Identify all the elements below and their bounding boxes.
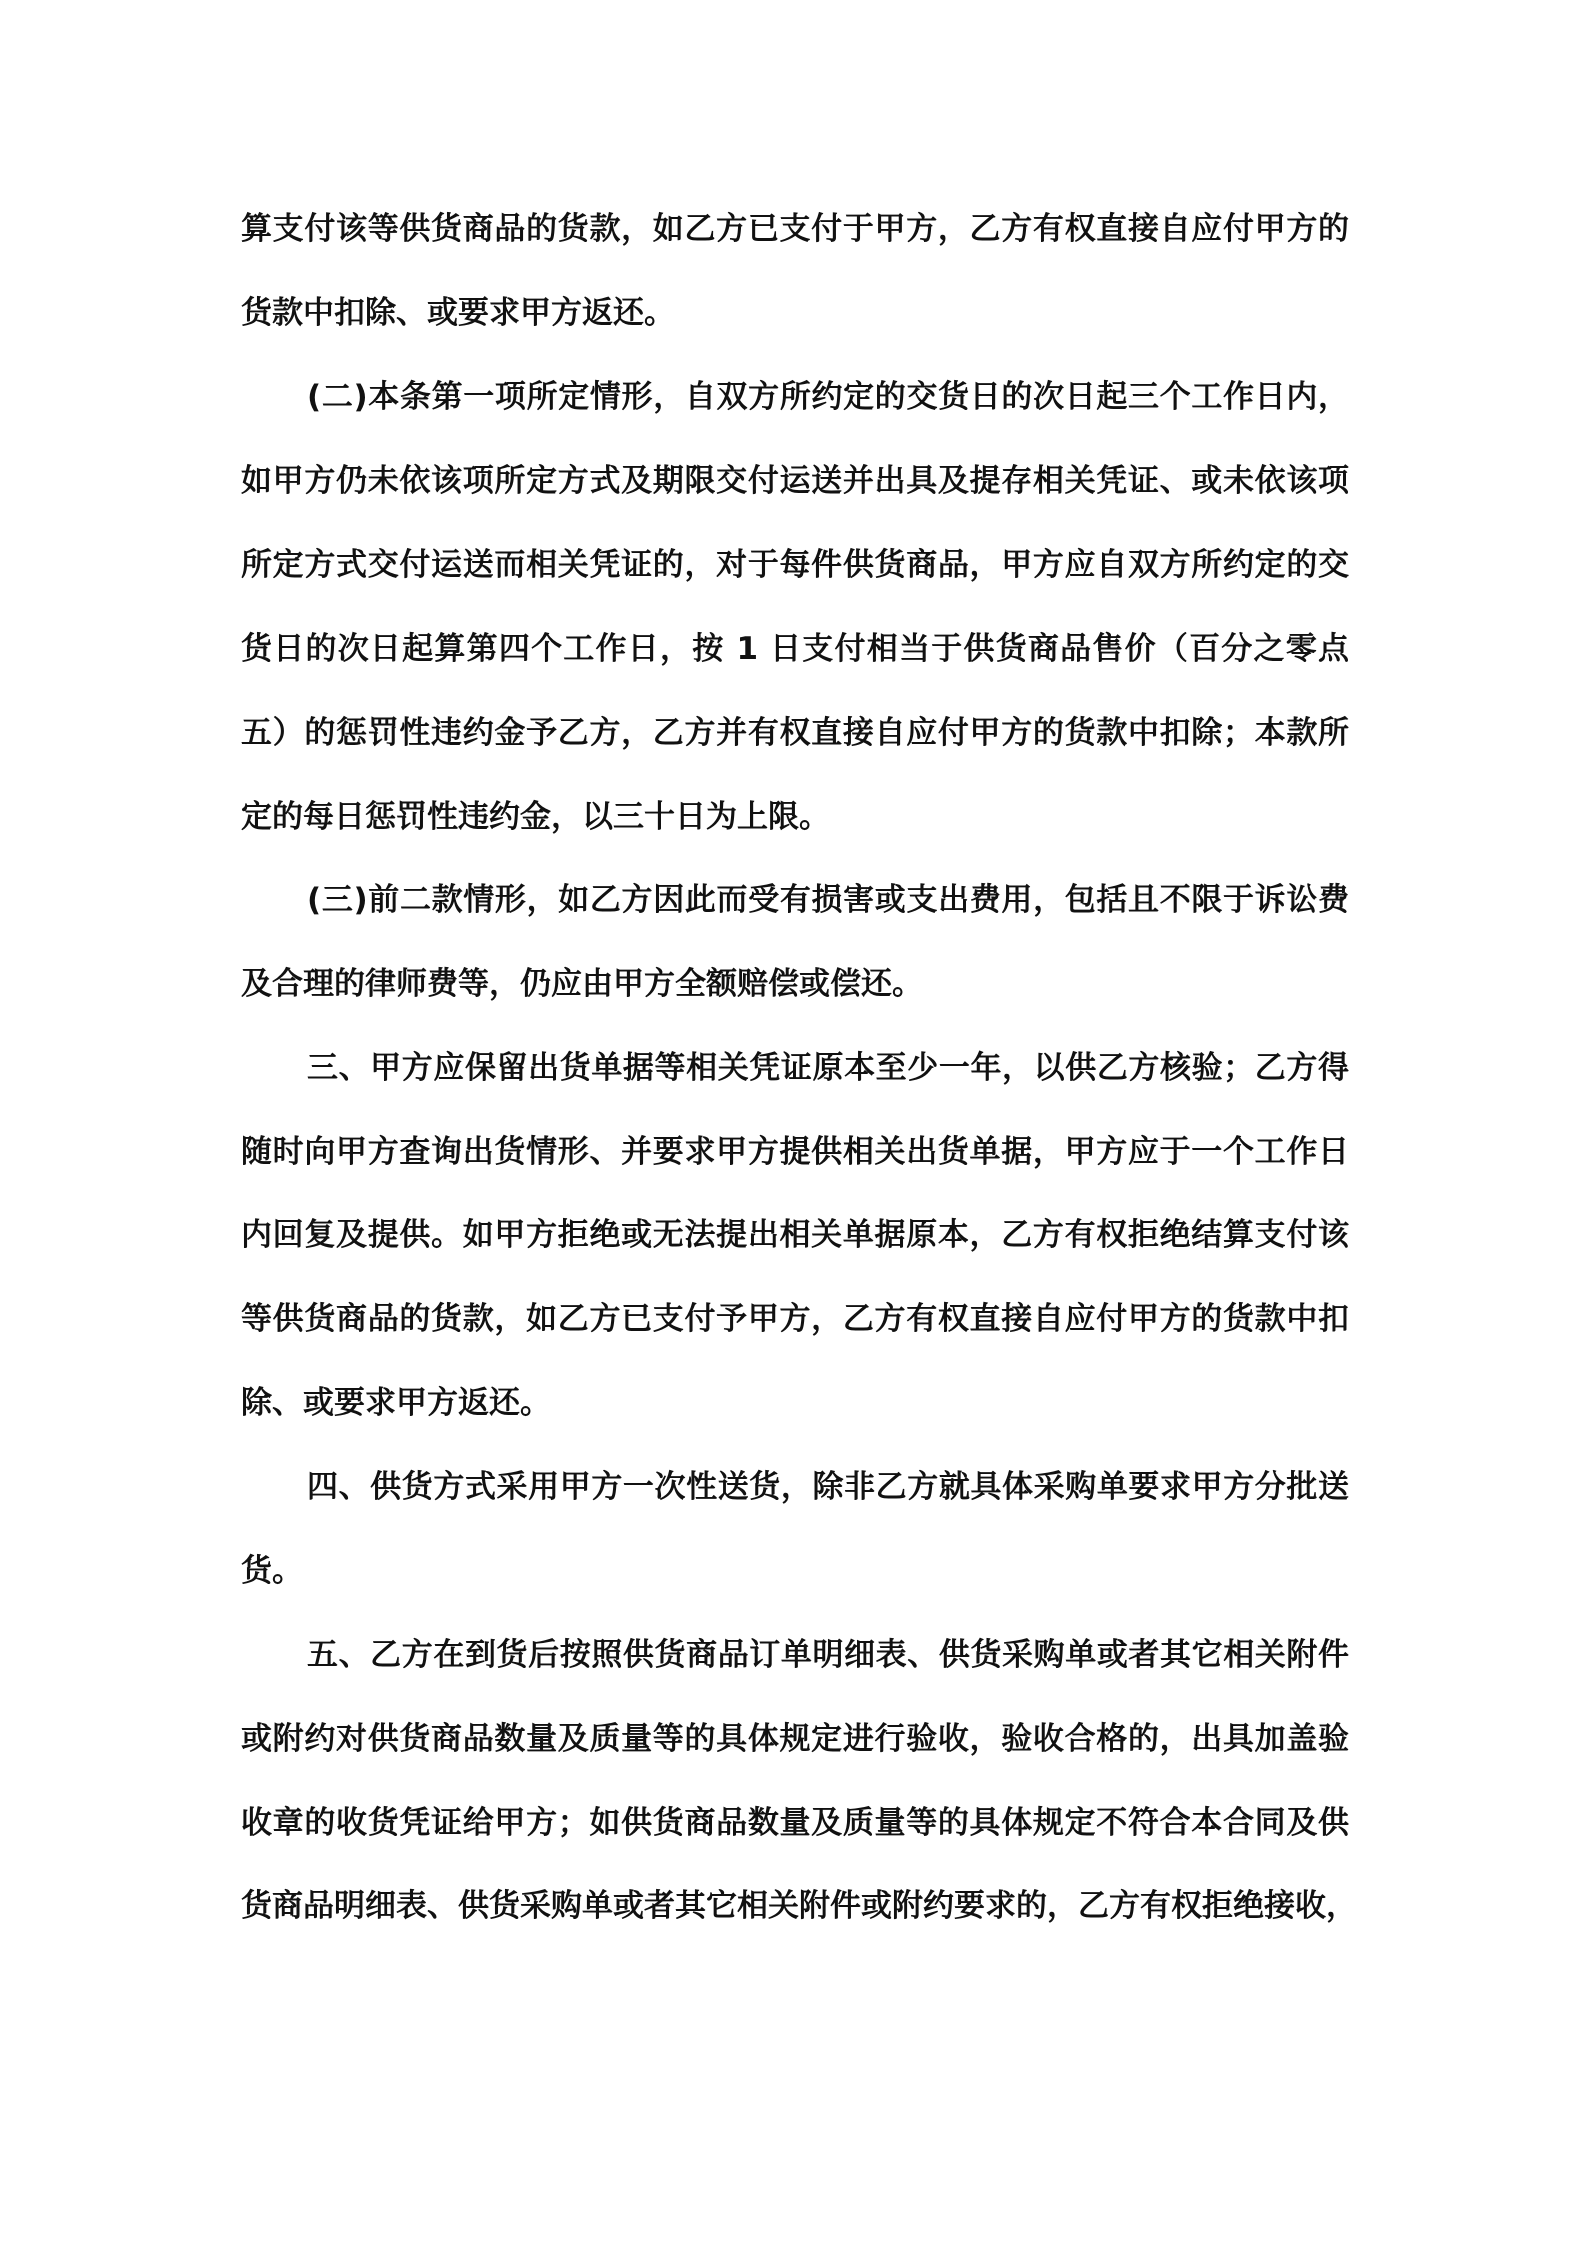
text-line: 货。 — [241, 1549, 1349, 1593]
text-line: 收章的收货凭证给甲方；如供货商品数量及质量等的具体规定不符合本合同及供 — [241, 1801, 1349, 1845]
text-line: 算支付该等供货商品的货款，如乙方已支付于甲方，乙方有权直接自应付甲方的 — [241, 207, 1349, 251]
text-line: 所定方式交付运送而相关凭证的，对于每件供货商品，甲方应自双方所约定的交 — [241, 543, 1349, 587]
text-line: 内回复及提供。如甲方拒绝或无法提出相关单据原本，乙方有权拒绝结算支付该 — [241, 1213, 1349, 1257]
clause-heading-line: 五、乙方在到货后按照供货商品订单明细表、供货采购单或者其它相关附件 — [307, 1633, 1349, 1677]
text-line: 定的每日惩罚性违约金，以三十日为上限。 — [241, 795, 1349, 839]
text-line: 五）的惩罚性违约金予乙方，乙方并有权直接自应付甲方的货款中扣除；本款所 — [241, 711, 1349, 755]
text-line: 货款中扣除、或要求甲方返还。 — [241, 291, 1349, 335]
text-line: 或附约对供货商品数量及质量等的具体规定进行验收，验收合格的，出具加盖验 — [241, 1717, 1349, 1761]
clause-heading-line: (三)前二款情形，如乙方因此而受有损害或支出费用，包括且不限于诉讼费 — [307, 878, 1349, 922]
document-page: 算支付该等供货商品的货款，如乙方已支付于甲方，乙方有权直接自应付甲方的 货款中扣… — [0, 0, 1586, 2244]
clause-heading-line: 四、供货方式采用甲方一次性送货，除非乙方就具体采购单要求甲方分批送 — [307, 1465, 1349, 1509]
text-line: 除、或要求甲方返还。 — [241, 1381, 1349, 1425]
text-line: 随时向甲方查询出货情形、并要求甲方提供相关出货单据，甲方应于一个工作日 — [241, 1130, 1349, 1174]
text-line: 及合理的律师费等，仍应由甲方全额赔偿或偿还。 — [241, 962, 1349, 1006]
clause-heading-line: (二)本条第一项所定情形，自双方所约定的交货日的次日起三个工作日内， — [307, 375, 1349, 419]
text-line: 如甲方仍未依该项所定方式及期限交付运送并出具及提存相关凭证、或未依该项 — [241, 459, 1349, 503]
clause-heading-line: 三、甲方应保留出货单据等相关凭证原本至少一年，以供乙方核验；乙方得 — [307, 1046, 1349, 1090]
text-line: 等供货商品的货款，如乙方已支付予甲方，乙方有权直接自应付甲方的货款中扣 — [241, 1297, 1349, 1341]
text-line: 货商品明细表、供货采购单或者其它相关附件或附约要求的，乙方有权拒绝接收， — [241, 1884, 1349, 1928]
text-line: 货日的次日起算第四个工作日，按 1 日支付相当于供货商品售价（百分之零点 — [241, 627, 1349, 671]
